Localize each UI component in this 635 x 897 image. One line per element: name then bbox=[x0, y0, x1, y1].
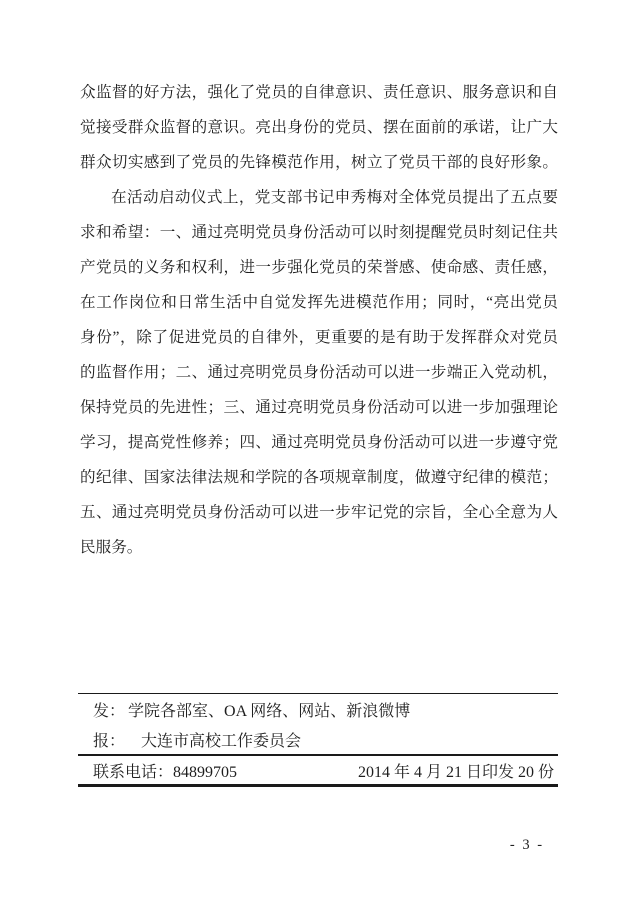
document-page: 众监督的好方法，强化了党员的自律意识、责任意识、服务意识和自 觉接受群众监督的意… bbox=[0, 0, 635, 897]
report-value: 大连市高校工作委员会 bbox=[141, 728, 301, 751]
report-label: 报： bbox=[93, 728, 125, 751]
contact-label: 联系电话： bbox=[93, 764, 173, 781]
body-line: 的监督作用；二、通过亮明党员身份活动可以进一步端正入党动机， bbox=[80, 355, 558, 390]
distribution-label: 发： bbox=[93, 698, 125, 721]
body-line: 求和希望：一、通过亮明党员身份活动可以时刻提醒党员时刻记住共 bbox=[80, 215, 558, 250]
body-line: 觉接受群众监督的意识。亮出身份的党员、摆在面前的承诺，让广大 bbox=[80, 110, 558, 145]
body-line: 民服务。 bbox=[80, 530, 558, 565]
body-line: 的纪律、国家法律法规和学院的各项规章制度，做遵守纪律的模范； bbox=[80, 460, 558, 495]
body-line: 产党员的义务和权利，进一步强化党员的荣誉感、使命感、责任感， bbox=[80, 250, 558, 285]
document-body: 众监督的好方法，强化了党员的自律意识、责任意识、服务意识和自 觉接受群众监督的意… bbox=[80, 75, 558, 565]
distribution-row: 发： 学院各部室、OA 网络、网站、新浪微博 bbox=[78, 694, 558, 724]
body-line: 五、通过亮明党员身份活动可以进一步牢记党的宗旨，全心全意为人 bbox=[80, 495, 558, 530]
contact-row: 联系电话：84899705 2014 年 4 月 21 日印发 20 份 bbox=[78, 754, 558, 787]
body-line: 身份”，除了促进党员的自律外，更重要的是有助于发挥群众对党员 bbox=[80, 320, 558, 355]
report-row: 报： 大连市高校工作委员会 bbox=[78, 724, 558, 754]
body-line: 学习，提高党性修养；四、通过亮明党员身份活动可以进一步遵守党 bbox=[80, 425, 558, 460]
body-line: 保持党员的先进性；三、通过亮明党员身份活动可以进一步加强理论 bbox=[80, 390, 558, 425]
contact-phone: 84899705 bbox=[173, 764, 237, 781]
document-footer: 发： 学院各部室、OA 网络、网站、新浪微博 报： 大连市高校工作委员会 联系电… bbox=[78, 693, 558, 787]
body-line: 群众切实感到了党员的先锋模范作用，树立了党员干部的良好形象。 bbox=[80, 145, 558, 180]
page-number: - 3 - bbox=[495, 837, 559, 854]
contact-info: 联系电话：84899705 bbox=[93, 759, 237, 782]
body-line: 在工作岗位和日常生活中自觉发挥先进模范作用；同时，“亮出党员 bbox=[80, 285, 558, 320]
print-info: 2014 年 4 月 21 日印发 20 份 bbox=[358, 759, 554, 782]
body-line: 在活动启动仪式上，党支部书记申秀梅对全体党员提出了五点要 bbox=[80, 180, 558, 215]
distribution-value: 学院各部室、OA 网络、网站、新浪微博 bbox=[128, 698, 410, 721]
body-line: 众监督的好方法，强化了党员的自律意识、责任意识、服务意识和自 bbox=[80, 75, 558, 110]
